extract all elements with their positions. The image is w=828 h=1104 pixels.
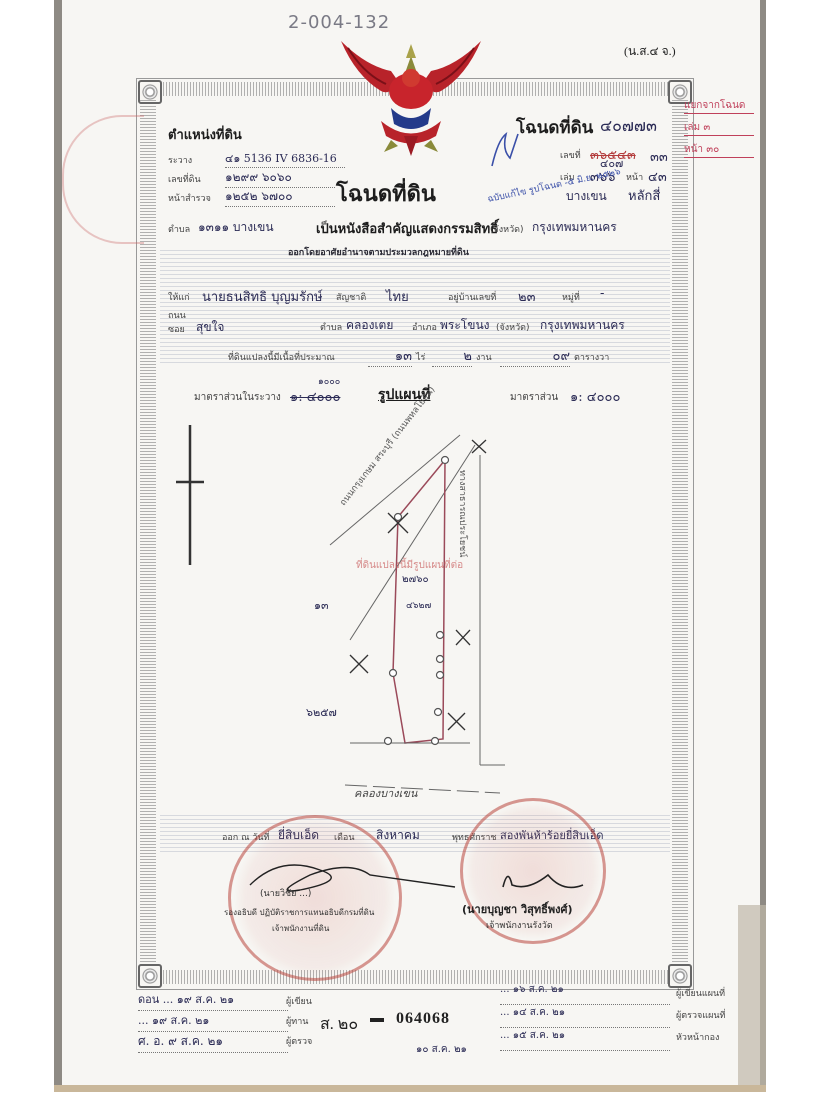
footer-right-sign-3: ... ๑๕ ส.ค. ๒๑ (500, 1028, 670, 1051)
right-officer-role: เจ้าพนักงานรังวัด (486, 918, 553, 932)
registry-number-label: เลขที่ (560, 148, 581, 162)
paper-shadow-edge (54, 0, 62, 1092)
left-officer-role: รองอธิบดี ปฏิบัติราชการแทนอธิบดีกรมที่ดิ… (224, 906, 374, 919)
signature-right-icon (498, 865, 588, 895)
subdistrict-value: คลองเตย (346, 316, 393, 335)
serial-note: ๑๐ ส.ค. ๒๑ (416, 1042, 467, 1057)
owner-name: นายธนสิทธิ บุญมรักษ์ (202, 286, 323, 307)
nationality-value: ไทย (386, 286, 409, 307)
role-map-writer: ผู้เขียนแผนที่ (676, 986, 725, 1000)
map-neighbor-3: ๔๖๒๗ (406, 598, 431, 612)
right-border-pattern (672, 100, 688, 966)
role-map-checker: ผู้ตรวจแผนที่ (676, 1008, 725, 1022)
left-officer-name: (นายวิชัย ...) (260, 886, 311, 900)
left-officer-sub: เจ้าพนักงานที่ดิน (272, 922, 329, 935)
soi-label: ซอย (168, 322, 185, 336)
tambon-label: ตำบล (168, 222, 190, 236)
title-number: ๔๐๗๗๓ (600, 114, 657, 139)
district-value: พระโขนง (440, 316, 490, 335)
location-section-title: ตำแหน่งที่ดิน (168, 124, 242, 145)
serial-number: 064068 (396, 1010, 450, 1028)
blue-signature-icon (488, 130, 522, 170)
area-rai: ๑๓ (368, 345, 412, 367)
footer-right-sign-1: ... ๑๖ ส.ค. ๒๑ (500, 982, 670, 1005)
torn-corner (738, 905, 766, 1085)
moo-value: - (600, 286, 604, 301)
field-label-survey-page: หน้าสำรวจ (168, 191, 211, 205)
side-stamp-volume: เล่ม ๓ (684, 120, 754, 136)
security-pattern-owner (160, 250, 670, 365)
area-rai-label: ไร่ (416, 350, 425, 364)
corner-ornament-br (668, 964, 692, 988)
soi-value: สุขใจ (196, 318, 224, 337)
right-officer-name: (นายบุญชา วิสุทธิ์พงศ์) (462, 900, 572, 918)
side-stamp-page: หน้า ๓๐ (684, 142, 754, 158)
moo-label: หมู่ที่ (562, 290, 580, 304)
map-scale-value: ๑: ๔๐๐๐ (290, 386, 340, 407)
district-label: อำเภอ (412, 320, 437, 334)
serial-prefix: ส. ๒๐ (320, 1012, 358, 1037)
map-neighbor-1: ๑๓ (314, 596, 329, 614)
grant-label: ให้แก่ (168, 290, 190, 304)
footer-right-signatures: ... ๑๖ ส.ค. ๒๑ ... ๑๔ ส.ค. ๒๑ ... ๑๕ ส.ค… (500, 982, 670, 1051)
garuda-emblem-icon (336, 36, 486, 158)
registry-district: บางเขน (566, 187, 607, 206)
role-reviewer: ผู้ทาน (286, 1014, 308, 1028)
field-value-rawang: ๔๑ 5136 IV 6836-16 (225, 149, 345, 168)
house-number-label: อยู่บ้านเลขที่ (448, 290, 496, 304)
map-canal-bottom: คลองบางเขน (354, 784, 417, 802)
map-neighbor-2: ๒๗๖๐ (402, 572, 429, 587)
form-code: (น.ส.๔ จ.) (624, 42, 676, 61)
field-label-rawang: ระวาง (168, 153, 192, 167)
owner-province-label: (จังหวัด) (496, 320, 530, 334)
field-value-parcel: ๑๒๙๙ ๖๐๖๐ (225, 168, 335, 188)
corner-ornament-bl (138, 964, 162, 988)
area-label: ที่ดินแปลงนี้มีเนื้อที่ประมาณ (228, 350, 335, 364)
issued-month: สิงหาคม (376, 826, 420, 845)
title-number-label: โฉนดที่ดิน (516, 114, 593, 141)
deed-main-title: โฉนดที่ดิน (336, 176, 436, 211)
role-checker: ผู้ตรวจ (286, 1034, 312, 1048)
corner-ornament-tl (138, 80, 162, 104)
deed-subtitle: เป็นหนังสือสำคัญแสดงกรรมสิทธิ์ (316, 218, 498, 239)
footer-left-sign-1: ดอน ... ๑๙ ส.ค. ๒๑ (138, 990, 288, 1011)
field-value-survey-page: ๑๒๕๒ ๖๗๐๐ (225, 187, 335, 207)
subdistrict-label: ตำบล (320, 320, 342, 334)
split-from-deed-stamp: แยกจากโฉนด เล่ม ๓ หน้า ๓๐ (684, 98, 754, 158)
footer-right-sign-2: ... ๑๔ ส.ค. ๒๑ (500, 1005, 670, 1028)
area-ngan: ๒ (432, 345, 472, 367)
registry-page-label: หน้า (626, 170, 643, 184)
registry-number-suffix: ๓๓ (650, 146, 668, 167)
footer-left-sign-3: ศ. อ. ๙ ส.ค. ๒๑ (138, 1032, 288, 1053)
map-continuation-notice: ที่ดินแปลงนี้มีรูปแผนที่ต่อ (356, 558, 463, 573)
area-wa: ๐๙ (500, 345, 570, 367)
paper-bottom-edge (54, 1085, 766, 1092)
owner-province-value: กรุงเทพมหานคร (540, 316, 625, 335)
nationality-label: สัญชาติ (336, 290, 366, 304)
footer-left-signatures: ดอน ... ๑๙ ส.ค. ๒๑ ... ๑๙ ส.ค. ๒๑ ศ. อ. … (138, 990, 288, 1053)
registry-district-suffix: หลักสี่ (628, 185, 660, 206)
map-road-right: ทางสาธารณประโยชน์ (456, 470, 470, 557)
footer-left-sign-2: ... ๑๙ ส.ค. ๒๑ (138, 1011, 288, 1032)
map-scale-label: มาตราส่วนในระวาง (194, 390, 281, 405)
side-stamp-header: แยกจากโฉนด (684, 98, 754, 114)
tambon-value: ๑๓๑๑ บางเขน (198, 218, 274, 237)
road-label: ถนน (168, 308, 186, 322)
serial-dash (370, 1018, 384, 1022)
role-division-head: หัวหน้ากอง (676, 1030, 719, 1044)
province-label: (จังหวัด) (490, 222, 524, 236)
registry-page-value: ๔๓ (648, 166, 667, 187)
role-writer: ผู้เขียน (286, 994, 312, 1008)
area-ngan-label: งาน (476, 350, 492, 364)
area-wa-label: ตารางวา (574, 350, 609, 364)
scale-label: มาตราส่วน (510, 390, 558, 405)
parcel-map (290, 425, 520, 805)
field-label-parcel: เลขที่ดิน (168, 172, 201, 186)
authority-line: ออกโดยอาศัยอำนาจตามประมวลกฎหมายที่ดิน (288, 245, 469, 259)
scale-value: ๑: ๔๐๐๐ (570, 386, 620, 407)
north-arrow-icon (172, 420, 208, 570)
map-scale-correction: ๑๐๐๐ (318, 374, 340, 388)
pencil-reference-number: 2-004-132 (288, 12, 390, 33)
house-number-value: ๒๓ (518, 286, 535, 307)
province-value: กรุงเทพมหานคร (532, 218, 617, 237)
map-neighbor-4: ๖๒๕๗ (306, 703, 337, 721)
